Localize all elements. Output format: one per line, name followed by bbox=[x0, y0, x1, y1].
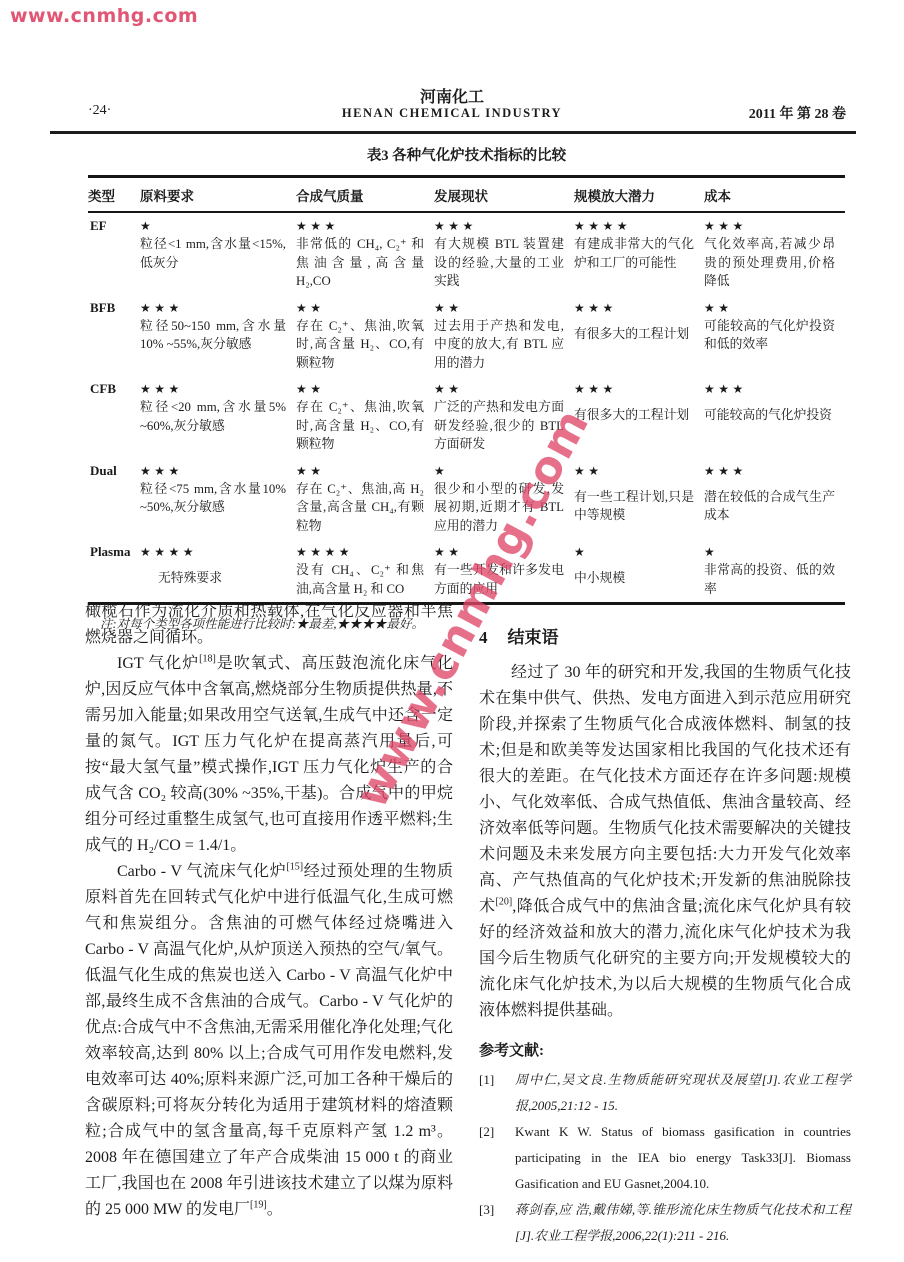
star-rating: ★★ bbox=[574, 463, 694, 480]
star-rating: ★★★ bbox=[574, 300, 694, 317]
cell-text: 气化效率高,若减少昂贵的预处理费用,价格降低 bbox=[704, 235, 835, 291]
cell-text: 存在 C₂⁺、焦油,高 H₂ 含量,高含量 CH₄,有颗粒物 bbox=[296, 480, 424, 536]
paragraph-text: 。 bbox=[267, 1201, 283, 1218]
star-rating: ★★★★ bbox=[296, 544, 424, 561]
superscript-citation: [15] bbox=[286, 862, 303, 873]
reference-label: [1] bbox=[479, 1067, 515, 1119]
table-row-bfb: BFB ★★★粒径50~150 mm,含水量10% ~55%,灰分敏感 ★★存在… bbox=[88, 295, 845, 377]
star-rating: ★ bbox=[574, 544, 694, 561]
comparison-table: 类型 原料要求 合成气质量 发展现状 规模放大潜力 成本 EF ★粒径<1 mm… bbox=[88, 175, 845, 605]
paragraph-text: ,降低合成气中的焦油含量;流化床气化炉具有较好的经济效益和放大的潜力,流化床气化… bbox=[479, 898, 851, 1019]
cell-text: 广泛的产热和发电方面研发经验,很少的 BTL 方面研发 bbox=[434, 398, 564, 454]
cell-text: 无特殊要求 bbox=[140, 561, 286, 588]
cell-text: 中小规模 bbox=[574, 561, 694, 588]
star-rating: ★ bbox=[140, 218, 286, 235]
paragraph-text: 经过预处理的生物质原料首先在回转式气化炉中进行低温气化,生成可燃气和焦炭组分。含… bbox=[85, 863, 453, 1218]
cell-development: ★★过去用于产热和发电,中度的放大,有 BTL 应用的潜力 bbox=[434, 300, 574, 373]
paragraph-text: 是吹氧式、高压鼓泡流化床气化炉,因反应气体中含氧高,燃烧部分生物质提供热量,不需… bbox=[85, 655, 453, 854]
cell-cost: ★非常高的投资、低的效率 bbox=[704, 544, 845, 598]
cell-text: 粒径50~150 mm,含水量10% ~55%,灰分敏感 bbox=[140, 317, 286, 354]
cell-feedstock: ★粒径<1 mm,含水量<15%,低灰分 bbox=[140, 218, 296, 291]
cell-text: 粒径<20 mm,含水量5% ~60%,灰分敏感 bbox=[140, 398, 286, 435]
cell-cost: ★★★可能较高的气化炉投资 bbox=[704, 381, 845, 454]
cell-text: 非常低的 CH₄, C₂⁺ 和焦油含量,高含量 H₂,CO bbox=[296, 235, 424, 291]
cell-text: 粒径<1 mm,含水量<15%,低灰分 bbox=[140, 235, 286, 272]
star-rating: ★★★★ bbox=[574, 218, 694, 235]
cell-text: 有一些工程计划,只是中等规模 bbox=[574, 480, 694, 525]
cell-text: 有很多大的工程计划 bbox=[574, 398, 694, 425]
cell-text: 没有 CH₄、C₂⁺ 和焦油,高含量 H₂ 和 CO bbox=[296, 561, 424, 598]
star-rating: ★★★ bbox=[140, 300, 286, 317]
paragraph-text: 经过了 30 年的研究和开发,我国的生物质气化技术在集中供气、供热、发电方面进入… bbox=[479, 664, 851, 915]
table-title: 表3 各种气化炉技术指标的比较 bbox=[88, 144, 845, 165]
cell-cost: ★★可能较高的气化炉投资和低的效率 bbox=[704, 300, 845, 373]
row-type-label: EF bbox=[88, 218, 140, 291]
cell-development: ★★广泛的产热和发电方面研发经验,很少的 BTL 方面研发 bbox=[434, 381, 574, 454]
cell-text: 非常高的投资、低的效率 bbox=[704, 561, 835, 598]
star-rating: ★★★ bbox=[296, 218, 424, 235]
star-rating: ★★★ bbox=[704, 381, 835, 398]
reference-text: Kwant K W. Status of biomass gasificatio… bbox=[515, 1119, 851, 1197]
row-type-label: Dual bbox=[88, 463, 140, 536]
cell-cost: ★★★气化效率高,若减少昂贵的预处理费用,价格降低 bbox=[704, 218, 845, 291]
cell-scaleup: ★中小规模 bbox=[574, 544, 704, 598]
cell-syngas: ★★存在 C₂⁺、焦油,吹氧时,高含量 H₂、CO,有颗粒物 bbox=[296, 300, 434, 373]
table-section: 表3 各种气化炉技术指标的比较 类型 原料要求 合成气质量 发展现状 规模放大潜… bbox=[88, 144, 845, 632]
table-row-dual: Dual ★★★粒径<75 mm,含水量10% ~50%,灰分敏感 ★★存在 C… bbox=[88, 458, 845, 540]
right-column: 4结束语 经过了 30 年的研究和开发,我国的生物质气化技术在集中供气、供热、发… bbox=[479, 599, 851, 1249]
column-header-type: 类型 bbox=[88, 185, 140, 205]
cell-syngas: ★★存在 C₂⁺、焦油,吹氧时,高含量 H₂、CO,有颗粒物 bbox=[296, 381, 434, 454]
star-rating: ★★ bbox=[296, 463, 424, 480]
row-type-label: BFB bbox=[88, 300, 140, 373]
star-rating: ★★★ bbox=[140, 381, 286, 398]
left-column: 橄榄石作为流化介质和热载体,在气化反应器和半焦燃烧器之间循环。 IGT 气化炉[… bbox=[85, 599, 453, 1249]
star-rating: ★ bbox=[704, 544, 835, 561]
paragraph-igt: IGT 气化炉[18]是吹氧式、高压鼓泡流化床气化炉,因反应气体中含氧高,燃烧部… bbox=[85, 651, 453, 859]
header-rule bbox=[50, 131, 856, 134]
cell-text: 有建成非常大的气化炉和工厂的可能性 bbox=[574, 235, 694, 272]
cell-text: 粒径<75 mm,含水量10% ~50%,灰分敏感 bbox=[140, 480, 286, 517]
section-title: 结束语 bbox=[508, 628, 559, 647]
scanned-paper-page: www.cnmhg.com www.cnmhg.com ·24· 河南化工 HE… bbox=[0, 0, 904, 1262]
superscript-citation: [19] bbox=[250, 1200, 267, 1211]
reference-text: 蒋剑春,应 浩,戴伟娣,等.锥形流化床生物质气化技术和工程[J].农业工程学报,… bbox=[515, 1197, 851, 1249]
row-type-label: CFB bbox=[88, 381, 140, 454]
star-rating: ★★ bbox=[296, 381, 424, 398]
column-header-feedstock: 原料要求 bbox=[140, 185, 296, 205]
section-number: 4 bbox=[479, 628, 488, 647]
cell-development: ★★★有大规模 BTL 装置建设的经验,大量的工业实践 bbox=[434, 218, 574, 291]
references-heading: 参考文献: bbox=[479, 1039, 851, 1060]
column-header-cost: 成本 bbox=[704, 185, 845, 205]
superscript-citation: [20] bbox=[496, 897, 513, 908]
star-rating: ★★★ bbox=[704, 218, 835, 235]
row-type-label: Plasma bbox=[88, 544, 140, 598]
cell-syngas: ★★存在 C₂⁺、焦油,高 H₂ 含量,高含量 CH₄,有颗粒物 bbox=[296, 463, 434, 536]
cell-text: 可能较高的气化炉投资 bbox=[704, 398, 835, 425]
cell-scaleup: ★★有一些工程计划,只是中等规模 bbox=[574, 463, 704, 536]
table-row-cfb: CFB ★★★粒径<20 mm,含水量5% ~60%,灰分敏感 ★★存在 C₂⁺… bbox=[88, 376, 845, 458]
star-rating: ★★★ bbox=[574, 381, 694, 398]
cell-development: ★很少和小型的研发,发展初期,近期才有 BTL 应用的潜力 bbox=[434, 463, 574, 536]
star-rating: ★★★ bbox=[704, 463, 835, 480]
issue-info: 2011 年 第 28 卷 bbox=[749, 103, 846, 123]
table-row-plasma: Plasma ★★★★无特殊要求 ★★★★没有 CH₄、C₂⁺ 和焦油,高含量 … bbox=[88, 539, 845, 602]
paragraph-carbo-v: Carbo - V 气流床气化炉[15]经过预处理的生物质原料首先在回转式气化炉… bbox=[85, 859, 453, 1223]
cell-feedstock: ★★★粒径50~150 mm,含水量10% ~55%,灰分敏感 bbox=[140, 300, 296, 373]
cell-text: 潜在较低的合成气生产成本 bbox=[704, 480, 835, 525]
star-rating: ★★★ bbox=[140, 463, 286, 480]
column-header-scaleup: 规模放大潜力 bbox=[574, 185, 704, 205]
cell-syngas: ★★★★没有 CH₄、C₂⁺ 和焦油,高含量 H₂ 和 CO bbox=[296, 544, 434, 598]
cell-syngas: ★★★非常低的 CH₄, C₂⁺ 和焦油含量,高含量 H₂,CO bbox=[296, 218, 434, 291]
reference-label: [3] bbox=[479, 1197, 515, 1249]
star-rating: ★★ bbox=[434, 300, 564, 317]
table-row-ef: EF ★粒径<1 mm,含水量<15%,低灰分 ★★★非常低的 CH₄, C₂⁺… bbox=[88, 213, 845, 295]
reference-label: [2] bbox=[479, 1119, 515, 1197]
star-rating: ★★ bbox=[434, 381, 564, 398]
cell-development: ★★有一些开发和许多发电方面的应用 bbox=[434, 544, 574, 598]
reference-item: [3]蒋剑春,应 浩,戴伟娣,等.锥形流化床生物质气化技术和工程[J].农业工程… bbox=[479, 1197, 851, 1249]
paragraph-text: Carbo - V 气流床气化炉 bbox=[117, 863, 286, 880]
body-columns: 橄榄石作为流化介质和热载体,在气化反应器和半焦燃烧器之间循环。 IGT 气化炉[… bbox=[85, 599, 851, 1249]
star-rating: ★ bbox=[434, 463, 564, 480]
cell-scaleup: ★★★★有建成非常大的气化炉和工厂的可能性 bbox=[574, 218, 704, 291]
cell-text: 存在 C₂⁺、焦油,吹氧时,高含量 H₂、CO,有颗粒物 bbox=[296, 398, 424, 454]
star-rating: ★★★★ bbox=[140, 544, 286, 561]
paragraph-conclusion: 经过了 30 年的研究和开发,我国的生物质气化技术在集中供气、供热、发电方面进入… bbox=[479, 660, 851, 1024]
cell-feedstock: ★★★粒径<75 mm,含水量10% ~50%,灰分敏感 bbox=[140, 463, 296, 536]
star-rating: ★★ bbox=[434, 544, 564, 561]
cell-text: 很少和小型的研发,发展初期,近期才有 BTL 应用的潜力 bbox=[434, 480, 564, 536]
cell-feedstock: ★★★粒径<20 mm,含水量5% ~60%,灰分敏感 bbox=[140, 381, 296, 454]
cell-text: 有很多大的工程计划 bbox=[574, 317, 694, 344]
cell-scaleup: ★★★有很多大的工程计划 bbox=[574, 381, 704, 454]
star-rating: ★★ bbox=[704, 300, 835, 317]
cell-text: 过去用于产热和发电,中度的放大,有 BTL 应用的潜力 bbox=[434, 317, 564, 373]
reference-item: [1]周中仁,吴文良.生物质能研究现状及展望[J].农业工程学报,2005,21… bbox=[479, 1067, 851, 1119]
column-header-syngas: 合成气质量 bbox=[296, 185, 434, 205]
table-header-row: 类型 原料要求 合成气质量 发展现状 规模放大潜力 成本 bbox=[88, 178, 845, 213]
star-rating: ★★★ bbox=[434, 218, 564, 235]
paragraph-continuation: 橄榄石作为流化介质和热载体,在气化反应器和半焦燃烧器之间循环。 bbox=[85, 599, 453, 651]
cell-text: 有一些开发和许多发电方面的应用 bbox=[434, 561, 564, 598]
reference-item: [2]Kwant K W. Status of biomass gasifica… bbox=[479, 1119, 851, 1197]
column-header-development: 发展现状 bbox=[434, 185, 574, 205]
conclusion-heading: 4结束语 bbox=[479, 623, 851, 648]
cell-text: 有大规模 BTL 装置建设的经验,大量的工业实践 bbox=[434, 235, 564, 291]
cell-scaleup: ★★★有很多大的工程计划 bbox=[574, 300, 704, 373]
paragraph-text: IGT 气化炉 bbox=[117, 655, 199, 672]
star-rating: ★★ bbox=[296, 300, 424, 317]
cell-cost: ★★★潜在较低的合成气生产成本 bbox=[704, 463, 845, 536]
reference-text: 周中仁,吴文良.生物质能研究现状及展望[J].农业工程学报,2005,21:12… bbox=[515, 1067, 851, 1119]
watermark-top-left: www.cnmhg.com bbox=[10, 5, 198, 27]
superscript-citation: [18] bbox=[199, 654, 216, 665]
cell-text: 存在 C₂⁺、焦油,吹氧时,高含量 H₂、CO,有颗粒物 bbox=[296, 317, 424, 373]
cell-feedstock: ★★★★无特殊要求 bbox=[140, 544, 296, 598]
cell-text: 可能较高的气化炉投资和低的效率 bbox=[704, 317, 835, 354]
